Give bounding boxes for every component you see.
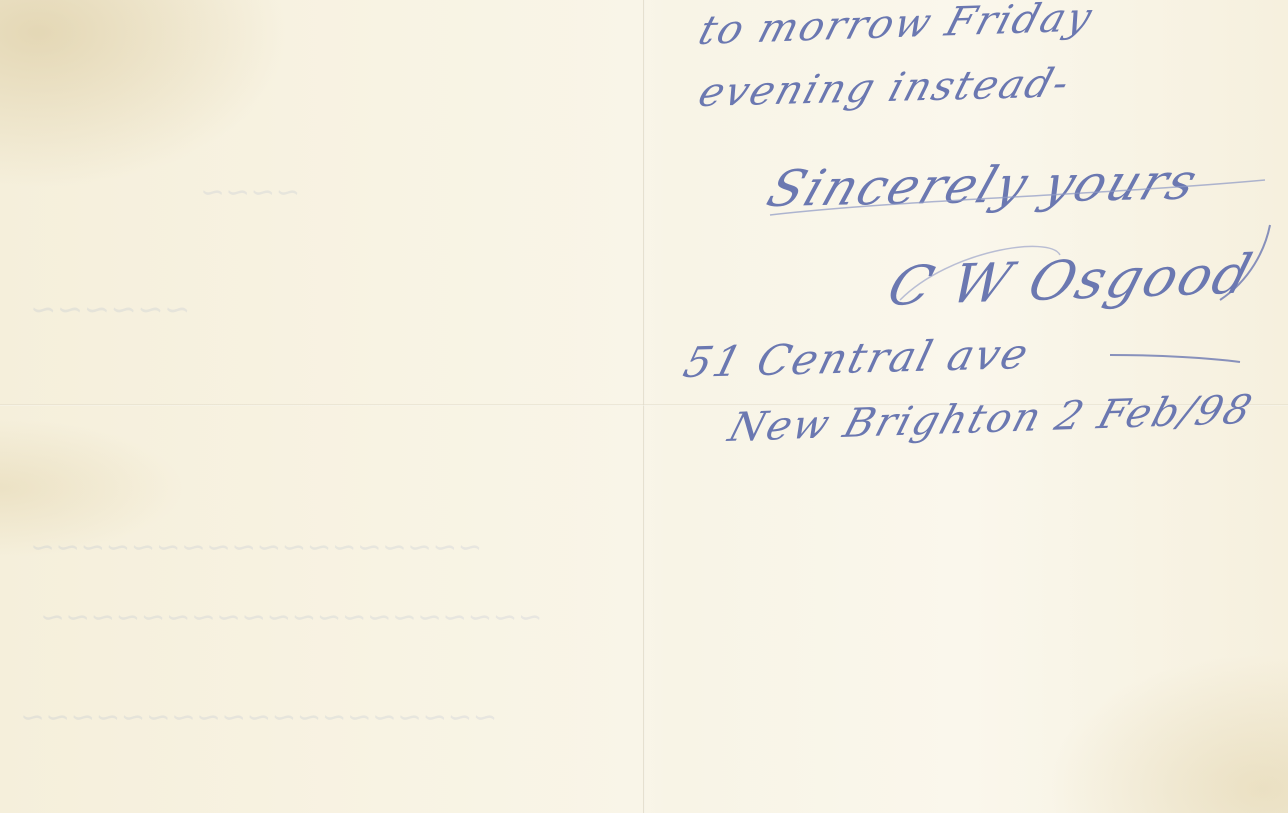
bleed-through-text: ~~~~~~~~~~~~~~~~~~ — [26, 530, 486, 565]
left-page: ~~~~ ~~~~~~ ~~~~~~~~~~~~~~~~~~ ~~~~~~~~~… — [0, 0, 644, 813]
address-street: 51 Central ave — [679, 329, 1035, 387]
bleed-through-text: ~~~~ — [196, 175, 304, 210]
bleed-through-text: ~~~~~~~~~~~~~~~~~~~ — [16, 700, 501, 735]
signature: C W Osgood — [881, 243, 1260, 318]
closing-salutation: Sincerely yours — [760, 153, 1207, 218]
bleed-through-text: ~~~~~~ — [26, 290, 195, 328]
bleed-through-text: ~~~~~~~~~~~~~~~~~~~~ — [36, 600, 546, 635]
letter-sheet: ~~~~ ~~~~~~ ~~~~~~~~~~~~~~~~~~ ~~~~~~~~~… — [0, 0, 1288, 813]
